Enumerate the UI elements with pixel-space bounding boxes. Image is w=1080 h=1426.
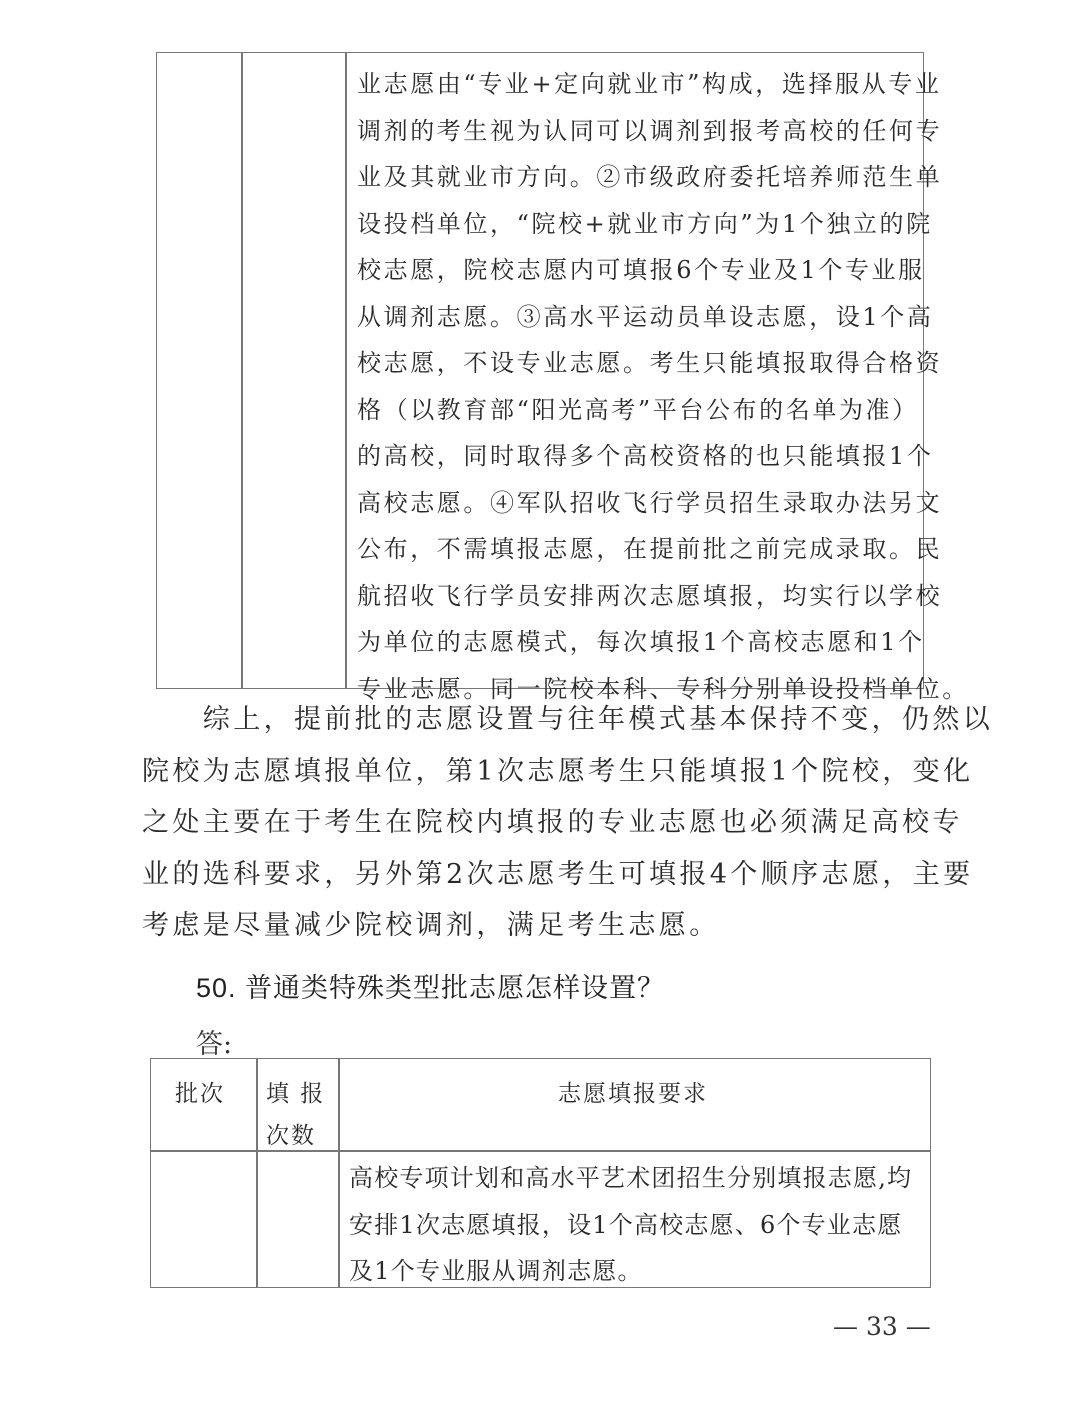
text-line: 航招收飞行学员安排两次志愿填报，均实行以学校 [357, 573, 917, 620]
table-continuation: 业志愿由“专业+定向就业市”构成，选择服从专业 调剂的考生视为认同可以调剂到报考… [156, 52, 924, 689]
paragraph-line: 之处主要在于考生在院校内填报的专业志愿也必须满足高校专 [142, 797, 942, 849]
table-special-batch: 批次 填 报 次数 志愿填报要求 高校专项计划和高水平艺术团招生分别填报志愿,均… [150, 1058, 931, 1288]
text-line: 公布，不需填报志愿，在提前批之前完成录取。民 [357, 526, 917, 573]
table-cell-requirements: 业志愿由“专业+定向就业市”构成，选择服从专业 调剂的考生视为认同可以调剂到报考… [357, 61, 917, 712]
text-line: 业志愿由“专业+定向就业市”构成，选择服从专业 [357, 61, 917, 108]
text-line: 高校志愿。④军队招收飞行学员招生录取办法另文 [357, 480, 917, 527]
column-divider [256, 1059, 258, 1287]
header-batch: 批次 [175, 1075, 225, 1108]
header-count-line1: 填 报 [266, 1075, 325, 1108]
page-number: — 33 — [833, 1312, 931, 1341]
text-line: 安排1次志愿填报，设1个高校志愿、6个专业志愿 [349, 1202, 924, 1249]
text-line: 格（以教育部“阳光高考”平台公布的名单为准） [357, 387, 917, 434]
text-line: 为单位的志愿模式，每次填报1个高校志愿和1个 [357, 619, 917, 666]
column-divider [338, 1059, 340, 1287]
text-line: 高校专项计划和高水平艺术团招生分别填报志愿,均 [349, 1155, 924, 1202]
paragraph-line: 综上，提前批的志愿设置与往年模式基本保持不变，仍然以 [142, 694, 942, 746]
paragraph-line: 业的选科要求，另外第2次志愿考生可填报4个顺序志愿，主要 [142, 849, 942, 901]
text-line: 调剂的考生视为认同可以调剂到报考高校的任何专 [357, 108, 917, 155]
header-requirements: 志愿填报要求 [558, 1075, 708, 1108]
text-line: 业及其就业市方向。②市级政府委托培养师范生单 [357, 154, 917, 201]
column-divider [345, 53, 347, 688]
header-count-line2: 次数 [266, 1117, 316, 1150]
text-line: 校志愿，院校志愿内可填报6个专业及1个专业服 [357, 247, 917, 294]
question-heading: 50. 普通类特殊类型批志愿怎样设置？ [196, 966, 665, 1005]
text-line: 从调剂志愿。③高水平运动员单设志愿，设1个高 [357, 294, 917, 341]
column-divider [241, 53, 243, 688]
text-line: 设投档单位，“院校+就业市方向”为1个独立的院 [357, 201, 917, 248]
paragraph-line: 院校为志愿填报单位，第1次志愿考生只能填报1个院校，变化 [142, 746, 942, 798]
text-line: 校志愿，不设专业志愿。考生只能填报取得合格资 [357, 340, 917, 387]
header-divider [151, 1150, 930, 1152]
row-requirements: 高校专项计划和高水平艺术团招生分别填报志愿,均 安排1次志愿填报，设1个高校志愿… [349, 1155, 924, 1295]
text-line: 的高校，同时取得多个高校资格的也只能填报1个 [357, 433, 917, 480]
answer-label: 答: [196, 1022, 232, 1061]
summary-paragraph: 综上，提前批的志愿设置与往年模式基本保持不变，仍然以 院校为志愿填报单位，第1次… [142, 694, 952, 952]
text-line: 及1个专业服从调剂志愿。 [349, 1248, 924, 1295]
paragraph-line: 考虑是尽量减少院校调剂，满足考生志愿。 [142, 900, 942, 952]
